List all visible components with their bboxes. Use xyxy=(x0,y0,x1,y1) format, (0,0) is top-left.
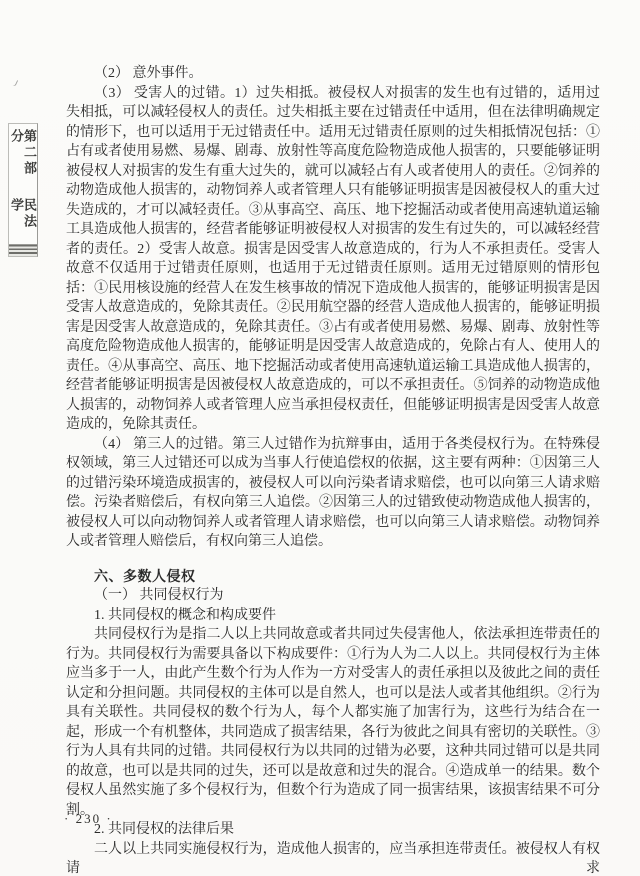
subheading-joint-tort-consequences: 2. 共同侵权的法律后果 xyxy=(66,820,600,840)
side-tab-subject-label: 民法学 xyxy=(10,198,36,243)
paragraph-joint-liability: 二人以上共同实施侵权行为，造成他人损害的，应当承担连带责任。被侵权人有权请求 xyxy=(66,840,600,876)
subheading-joint-tort-concept: 1. 共同侵权的概念和构成要件 xyxy=(66,606,600,626)
paragraph-third-party-fault: （4） 第三人的过错。第三人过错作为抗辩事由，适用于各类侵权行为。在特殊侵权领域… xyxy=(66,435,600,552)
paragraph-accident-event: （2） 意外事件。 xyxy=(66,64,600,84)
side-tab-part-label: 第二部分 xyxy=(10,129,36,189)
chapter-side-tab: 第二部分 民法学 xyxy=(8,123,38,257)
paragraph-joint-tort-elements: 共同侵权行为是指二人以上共同故意或者共同过失侵害他人，依法承担连带责任的行为。共… xyxy=(66,625,600,820)
page-number: · 230 · xyxy=(64,811,113,827)
page-content: （2） 意外事件。 （3） 受害人的过错。1）过失相抵。被侵权人对损害的发生也有… xyxy=(66,64,600,876)
subheading-joint-tort: （一） 共同侵权行为 xyxy=(66,586,600,606)
side-tab-stripes-decoration xyxy=(9,244,37,256)
paragraph-victim-fault: （3） 受害人的过错。1）过失相抵。被侵权人对损害的发生也有过错的，适用过失相抵… xyxy=(66,84,600,435)
section-heading-multiple-tortfeasors: 六、多数人侵权 xyxy=(66,567,600,587)
scan-speck-decoration xyxy=(10,78,18,87)
book-page: 第二部分 民法学 （2） 意外事件。 （3） 受害人的过错。1）过失相抵。被侵权… xyxy=(0,0,640,876)
